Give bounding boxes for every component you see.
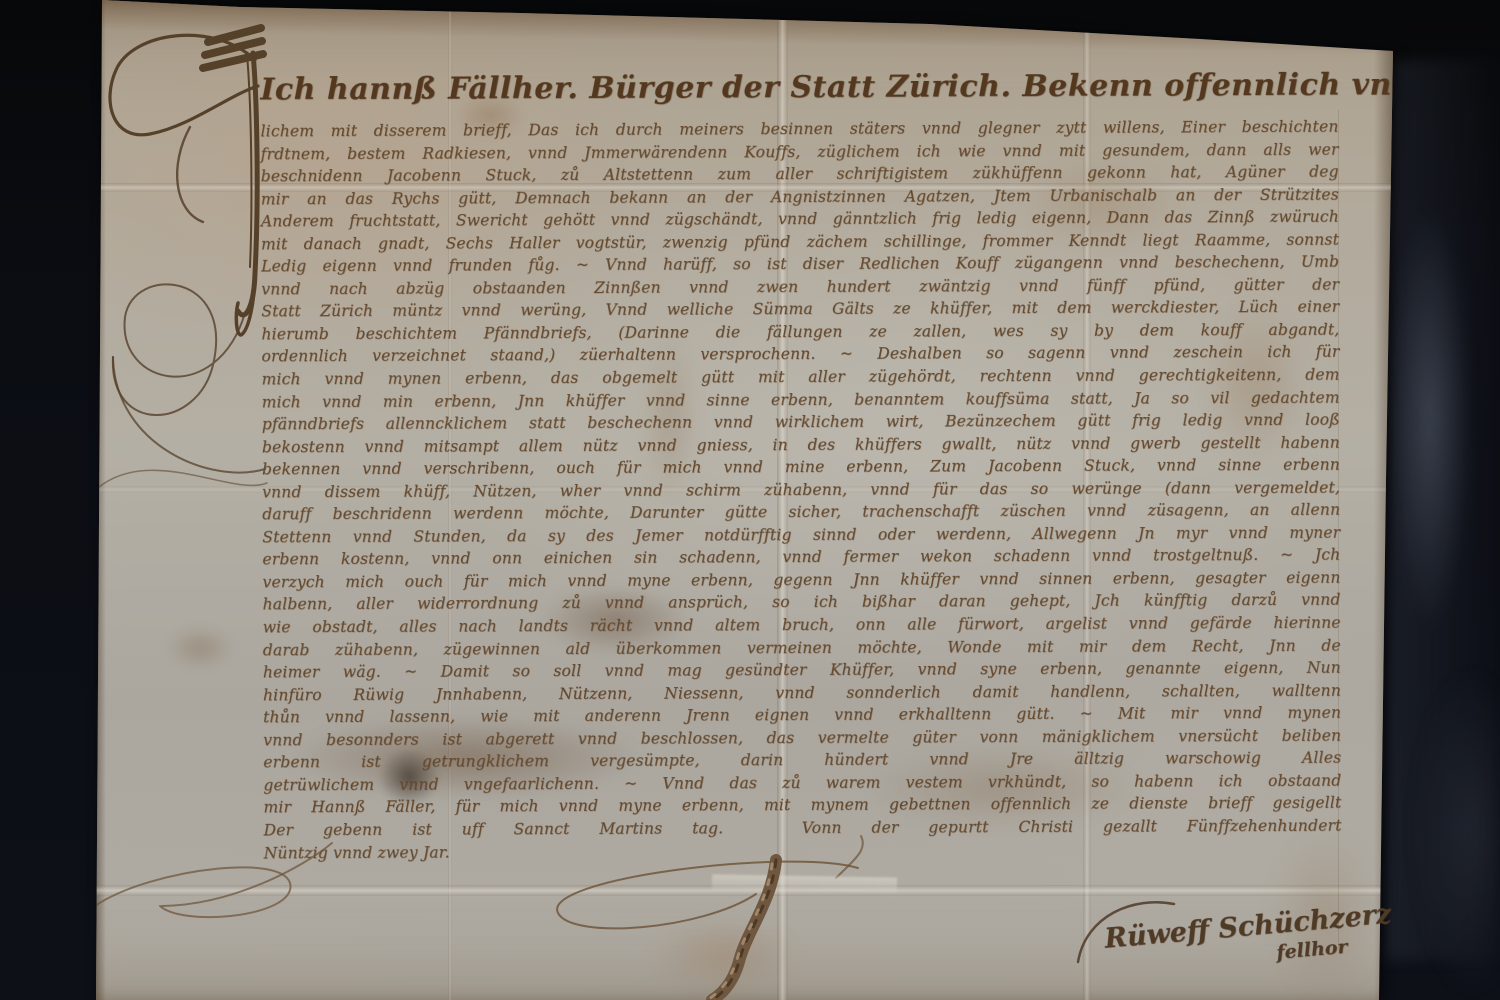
seal-slit-highlight (712, 874, 897, 892)
charter-text-block: Ich hannß Fällher. Bürger der Statt Züri… (260, 62, 1341, 865)
parchment-right-edge (1374, 40, 1394, 1000)
manuscript-line: Nüntzig vnnd zwey Jar. (264, 837, 1342, 864)
charter-body: lichem mit disserem brieff, Das ich durc… (260, 116, 1341, 865)
charter-heading: Ich hannß Fällher. Bürger der Statt Züri… (260, 62, 1338, 119)
stain (165, 625, 235, 671)
parchment-left-edge (96, 0, 106, 1000)
decorated-initial-J (95, 15, 270, 530)
parchment-sheet-wrap: Ich hannß Fällher. Bürger der Statt Züri… (0, 0, 1500, 1000)
parchment-sheet: Ich hannß Fällher. Bürger der Statt Züri… (0, 0, 1500, 1000)
stain (650, 915, 800, 995)
parchment-top-edge (99, 0, 1394, 55)
